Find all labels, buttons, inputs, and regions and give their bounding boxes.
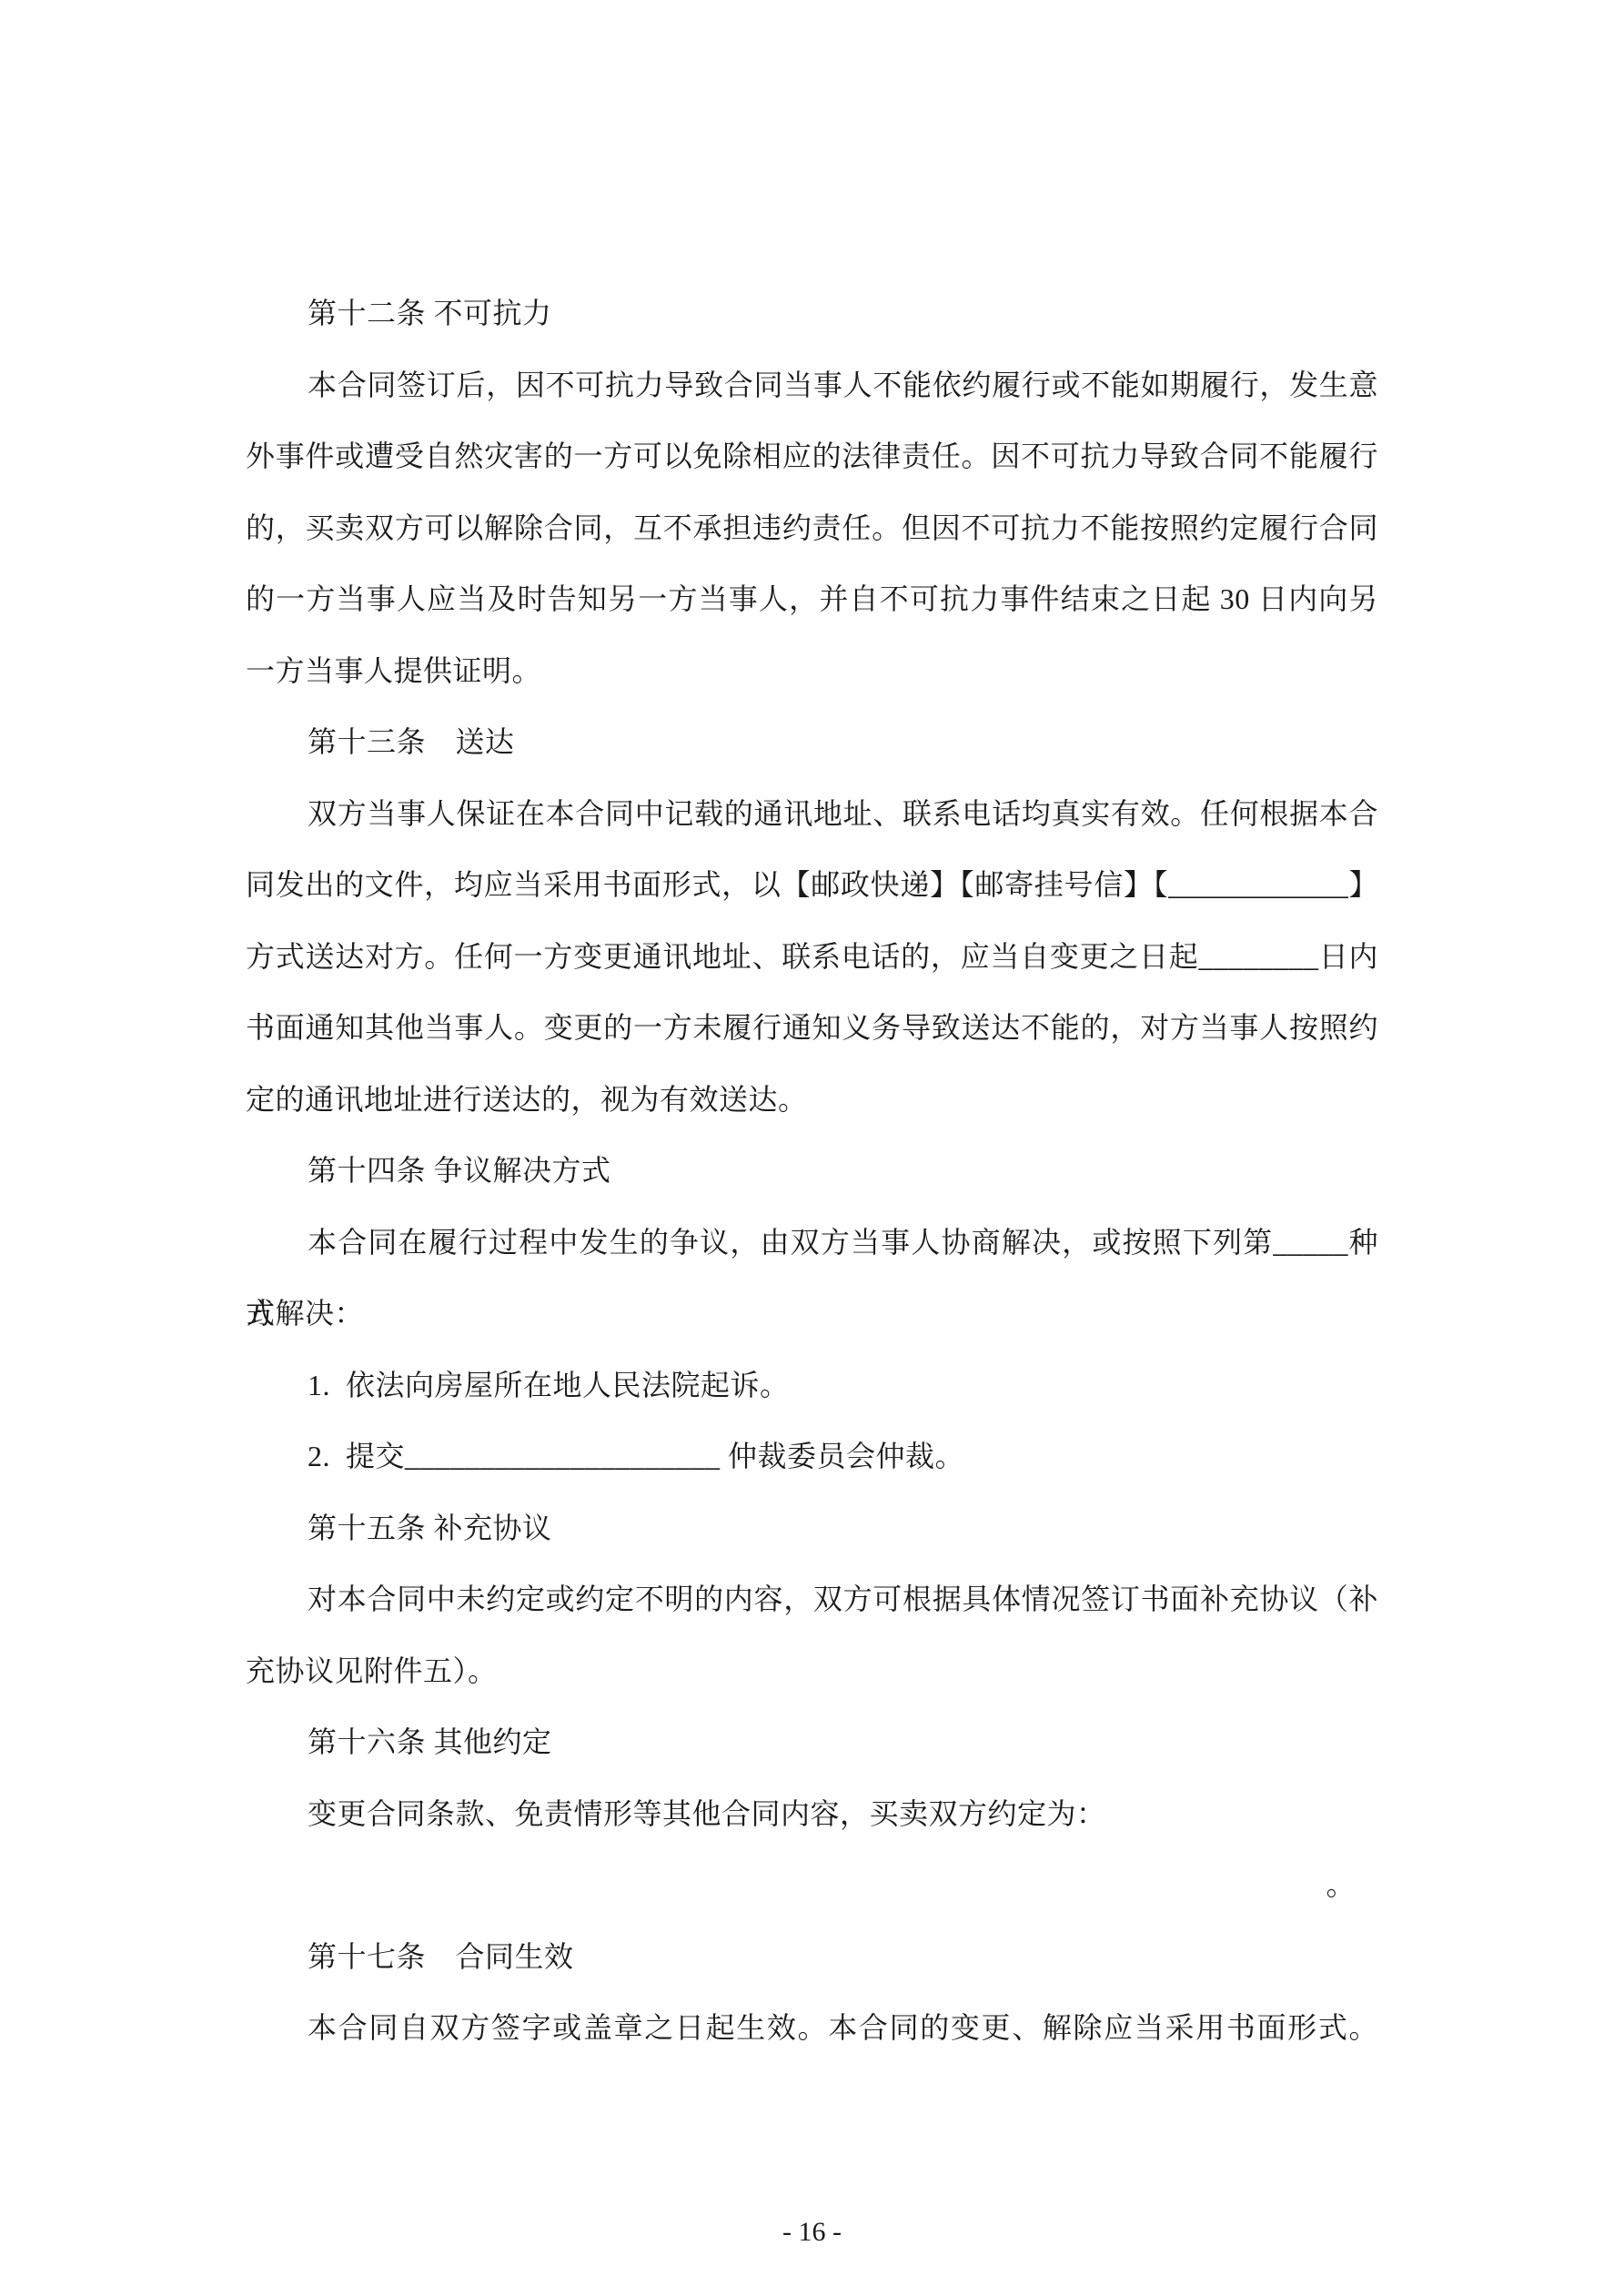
clause-16-text-line-1: 变更合同条款、免责情形等其他合同内容，买卖双方约定为： bbox=[246, 1778, 1378, 1850]
clause-12-text-line-5: 一方当事人提供证明。 bbox=[246, 635, 1378, 707]
clause-13-text-line-2: 同发出的文件，均应当采用书面形式，以【邮政快递】【邮寄挂号信】【________… bbox=[246, 849, 1378, 921]
dispute-option-1: 1. 依法向房屋所在地人民法院起诉。 bbox=[246, 1350, 1378, 1421]
clause-13-text-line-3: 方式送达对方。任何一方变更通讯地址、联系电话的，应当自变更之日起________… bbox=[246, 921, 1378, 993]
clause-15-text-line-2: 充协议见附件五）。 bbox=[246, 1635, 1378, 1707]
clause-16-blank-period: 。 bbox=[246, 1849, 1378, 1921]
clause-17-text-line-1: 本合同自双方签字或盖章之日起生效。本合同的变更、解除应当采用书面形式。 bbox=[246, 1992, 1378, 2064]
clause-13-text-line-5: 定的通讯地址进行送达的，视为有效送达。 bbox=[246, 1064, 1378, 1136]
clause-14-text-line-1: 本合同在履行过程中发生的争议，由双方当事人协商解决，或按照下列第_____种方 bbox=[246, 1207, 1378, 1279]
contract-body: 第十二条 不可抗力 本合同签订后，因不可抗力导致合同当事人不能依约履行或不能如期… bbox=[246, 278, 1378, 2064]
clause-13-text-line-4: 书面通知其他当事人。变更的一方未履行通知义务导致送达不能的，对方当事人按照约 bbox=[246, 992, 1378, 1064]
clause-12-text-line-4: 的一方当事人应当及时告知另一方当事人，并自不可抗力事件结束之日起 30 日内向另 bbox=[246, 563, 1378, 635]
clause-12-text-line-3: 的，买卖双方可以解除合同，互不承担违约责任。但因不可抗力不能按照约定履行合同 bbox=[246, 492, 1378, 564]
page-number: - 16 - bbox=[0, 2210, 1624, 2255]
clause-14-heading: 第十四条 争议解决方式 bbox=[246, 1135, 1378, 1207]
dispute-option-2: 2. 提交_____________________ 仲裁委员会仲裁。 bbox=[246, 1421, 1378, 1492]
clause-14-text-line-2: 式解决： bbox=[246, 1278, 1378, 1350]
clause-12-text-line-2: 外事件或遭受自然灾害的一方可以免除相应的法律责任。因不可抗力导致合同不能履行 bbox=[246, 420, 1378, 492]
clause-15-text-line-1: 对本合同中未约定或约定不明的内容，双方可根据具体情况签订书面补充协议（补 bbox=[246, 1563, 1378, 1635]
clause-13-heading: 第十三条 送达 bbox=[246, 706, 1378, 778]
clause-12-heading: 第十二条 不可抗力 bbox=[246, 278, 1378, 349]
clause-12-text-line-1: 本合同签订后，因不可抗力导致合同当事人不能依约履行或不能如期履行，发生意 bbox=[246, 349, 1378, 421]
contract-page: 第十二条 不可抗力 本合同签订后，因不可抗力导致合同当事人不能依约履行或不能如期… bbox=[0, 0, 1624, 2296]
clause-16-heading: 第十六条 其他约定 bbox=[246, 1706, 1378, 1778]
clause-13-text-line-1: 双方当事人保证在本合同中记载的通讯地址、联系电话均真实有效。任何根据本合 bbox=[246, 778, 1378, 850]
clause-17-heading: 第十七条 合同生效 bbox=[246, 1921, 1378, 1993]
clause-15-heading: 第十五条 补充协议 bbox=[246, 1492, 1378, 1564]
